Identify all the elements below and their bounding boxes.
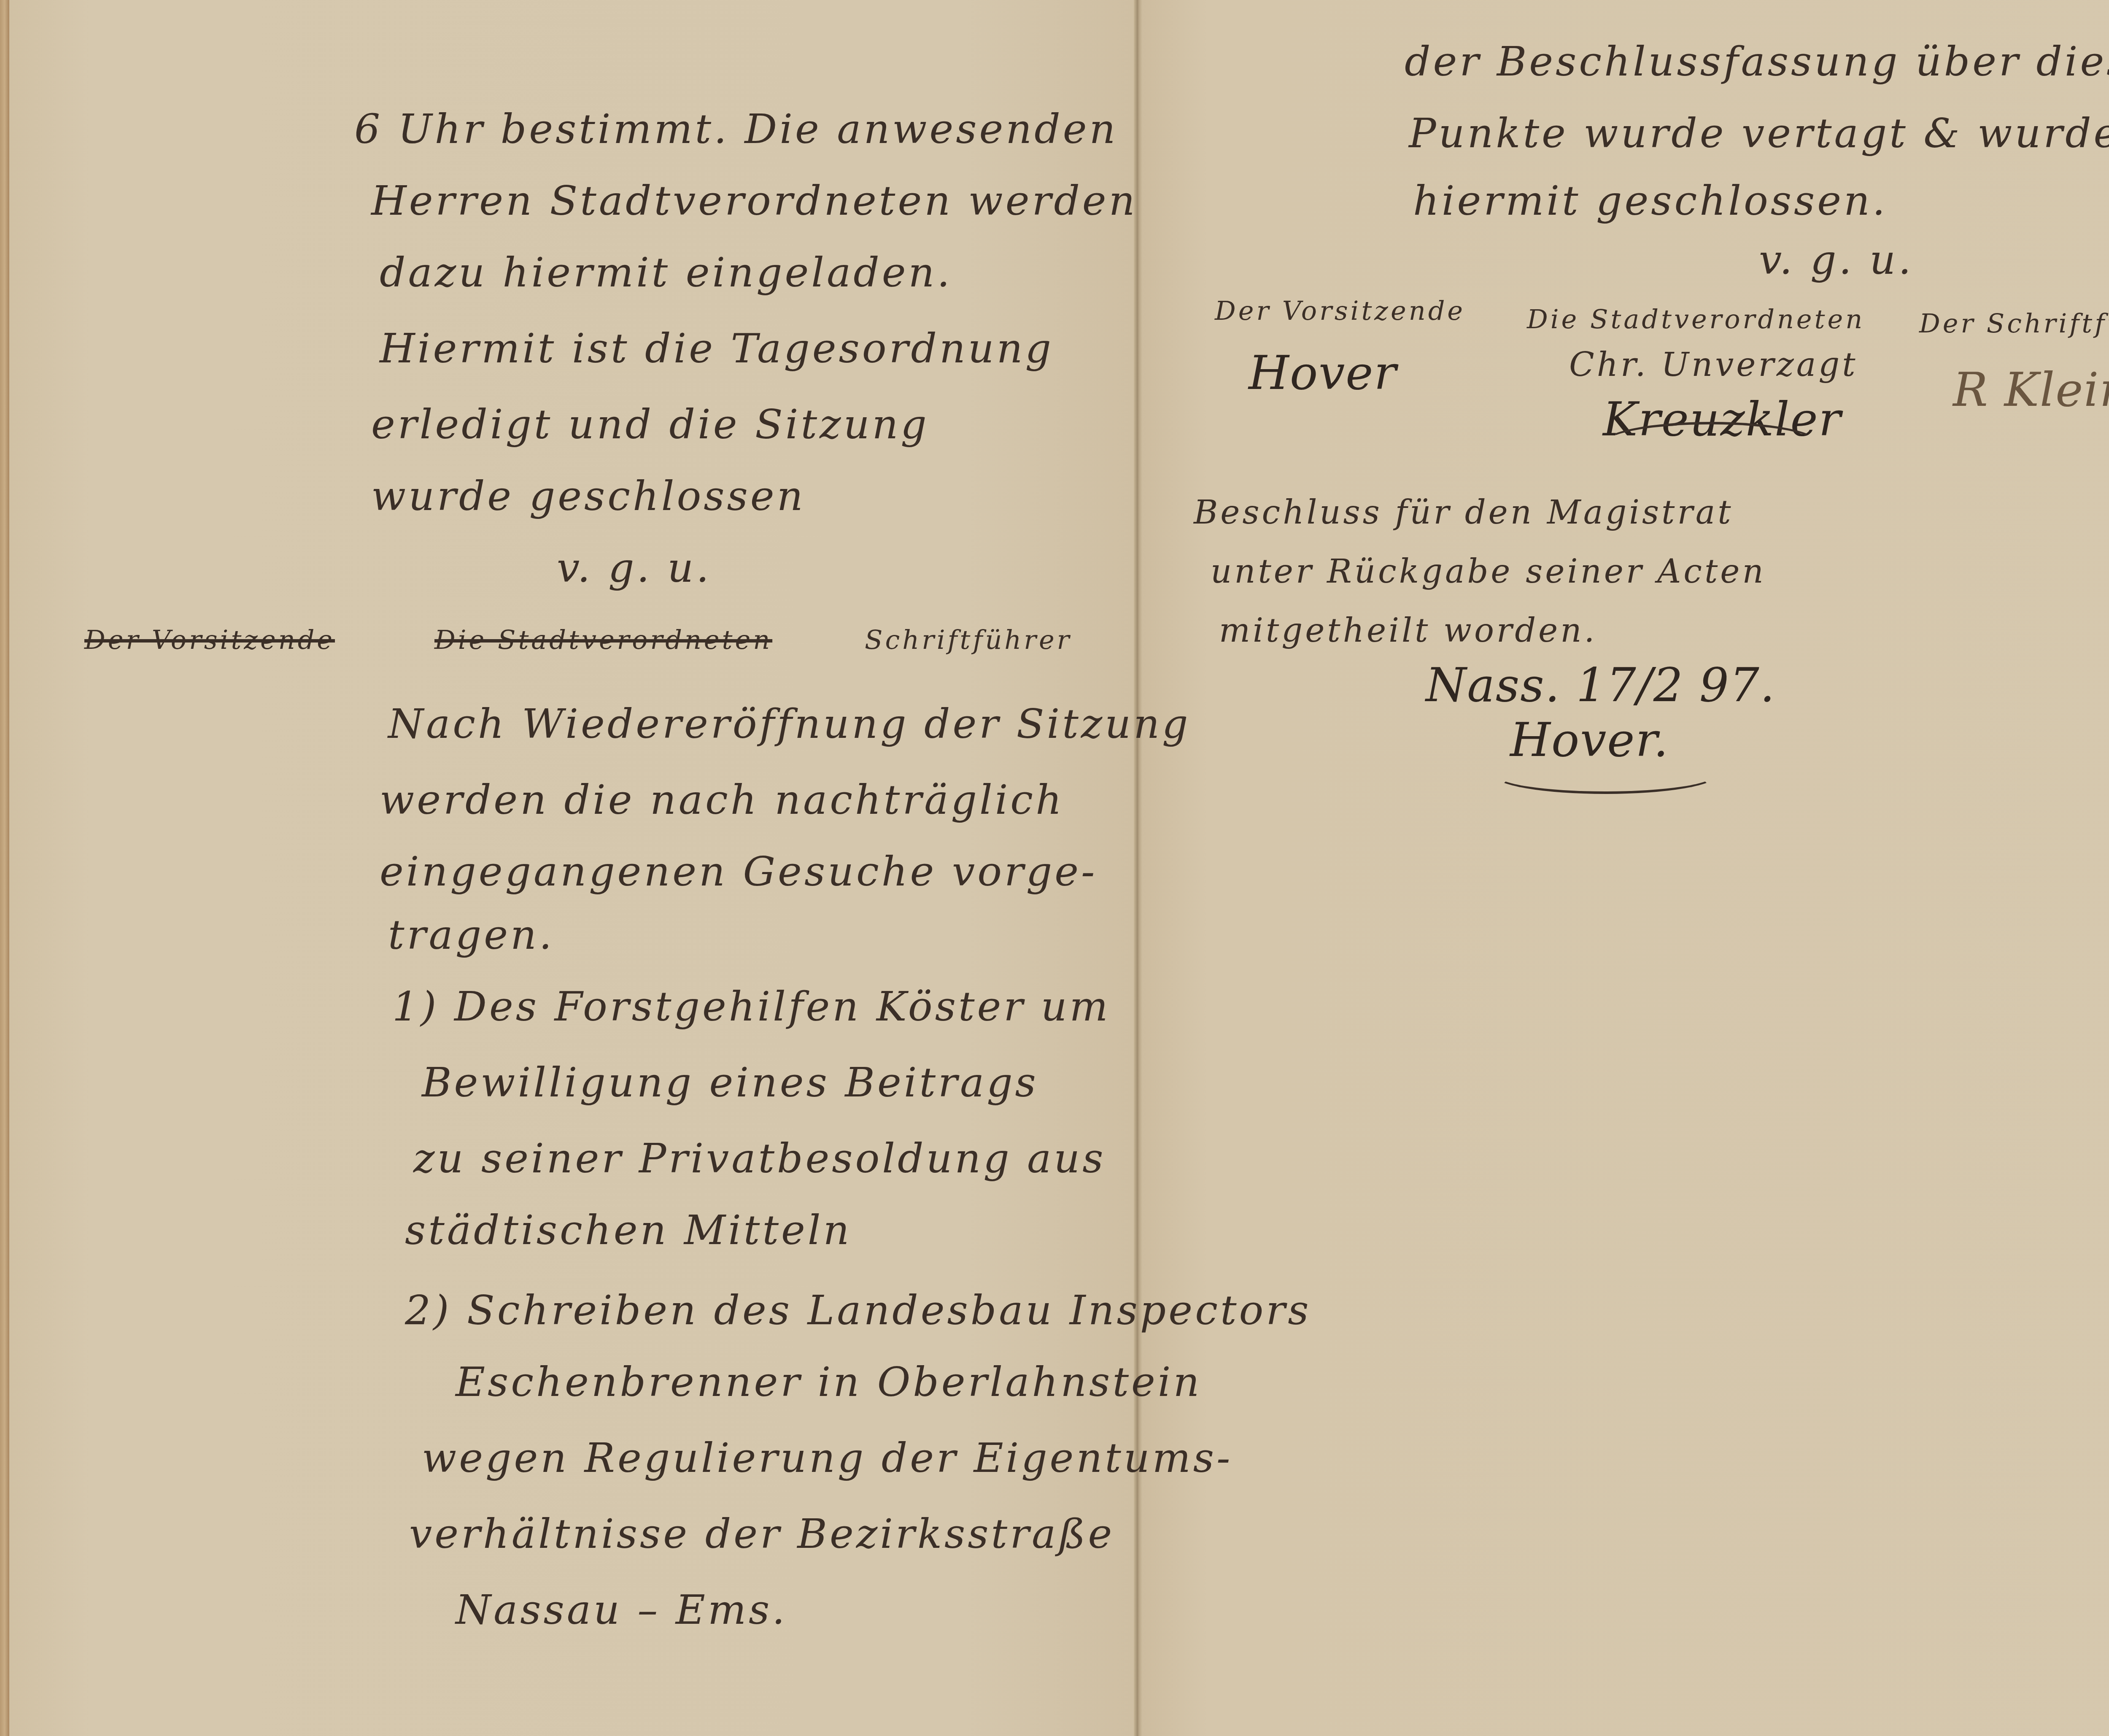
handwritten-line: eingegangenen Gesuche vorge- xyxy=(380,848,1098,895)
handwritten-line: Nach Wiedereröffnung der Sitzung xyxy=(388,700,1190,748)
note-place-date: Nass. 17/2 97. xyxy=(1426,658,1776,712)
signature-flourish xyxy=(1603,422,1819,465)
signature-header-councillors: Die Stadtverordneten xyxy=(1527,304,1865,335)
handwritten-line: Punkte wurde vertagt & wurde xyxy=(1409,110,2109,157)
handwritten-line: erledigt und die Sitzung xyxy=(371,401,929,448)
signature-chairman: Hover xyxy=(1249,346,1397,400)
handwritten-line: 1) Des Forstgehilfen Köster um xyxy=(392,983,1111,1030)
handwritten-line: werden die nach nachträglich xyxy=(380,776,1064,823)
struck-header-chairman: Der Vorsitzende xyxy=(84,624,335,655)
handwritten-line: Bewilligung eines Beitrags xyxy=(422,1059,1038,1106)
handwritten-line: Hiermit ist die Tagesordnung xyxy=(380,325,1054,372)
note-line: unter Rückgabe seiner Acten xyxy=(1211,553,1766,591)
handwritten-line: dazu hiermit eingeladen. xyxy=(380,249,952,296)
handwritten-line: wegen Regulierung der Eigentums- xyxy=(422,1434,1232,1482)
handwritten-line: Herren Stadtverordneten werden xyxy=(371,177,1138,224)
handwritten-line: tragen. xyxy=(388,911,554,958)
handwritten-line: zu seiner Privatbesoldung aus xyxy=(413,1135,1106,1182)
note-line: Beschluss für den Magistrat xyxy=(1194,494,1734,532)
struck-header-councillors: Die Stadtverordneten xyxy=(434,624,772,655)
struck-header-secretary: Schriftführer xyxy=(865,624,1072,655)
handwritten-line: hiermit geschlossen. xyxy=(1413,177,1888,224)
book-spread: 6 Uhr bestimmt. Die anwesenden Herren St… xyxy=(0,0,2109,1736)
signature-councillor-1: Chr. Unverzagt xyxy=(1569,346,1858,384)
handwritten-line: 2) Schreiben des Landesbau Inspectors xyxy=(405,1287,1311,1334)
signature-header-chairman: Der Vorsitzende xyxy=(1215,295,1465,326)
handwritten-line: wurde geschlossen xyxy=(371,472,805,520)
signature-secretary: R Kleinschmitz xyxy=(1953,363,2109,417)
note-flourish xyxy=(1493,755,1718,794)
handwritten-line: v. g. u. xyxy=(1759,236,1914,283)
page-edge xyxy=(0,0,9,1736)
handwritten-line: verhältnisse der Bezirksstraße xyxy=(409,1510,1114,1558)
handwritten-line: der Beschlussfassung über diese beiden xyxy=(1405,38,2109,85)
right-page xyxy=(1141,0,2109,1736)
handwritten-line: 6 Uhr bestimmt. Die anwesenden xyxy=(354,105,1118,153)
handwritten-line: städtischen Mitteln xyxy=(405,1207,852,1254)
handwritten-line: Eschenbrenner in Oberlahnstein xyxy=(456,1358,1202,1406)
handwritten-line: v. g. u. xyxy=(557,544,712,591)
note-line: mitgetheilt worden. xyxy=(1219,612,1597,650)
handwritten-line: Nassau – Ems. xyxy=(456,1586,788,1633)
signature-header-secretary: Der Schriftführer xyxy=(1919,308,2109,339)
